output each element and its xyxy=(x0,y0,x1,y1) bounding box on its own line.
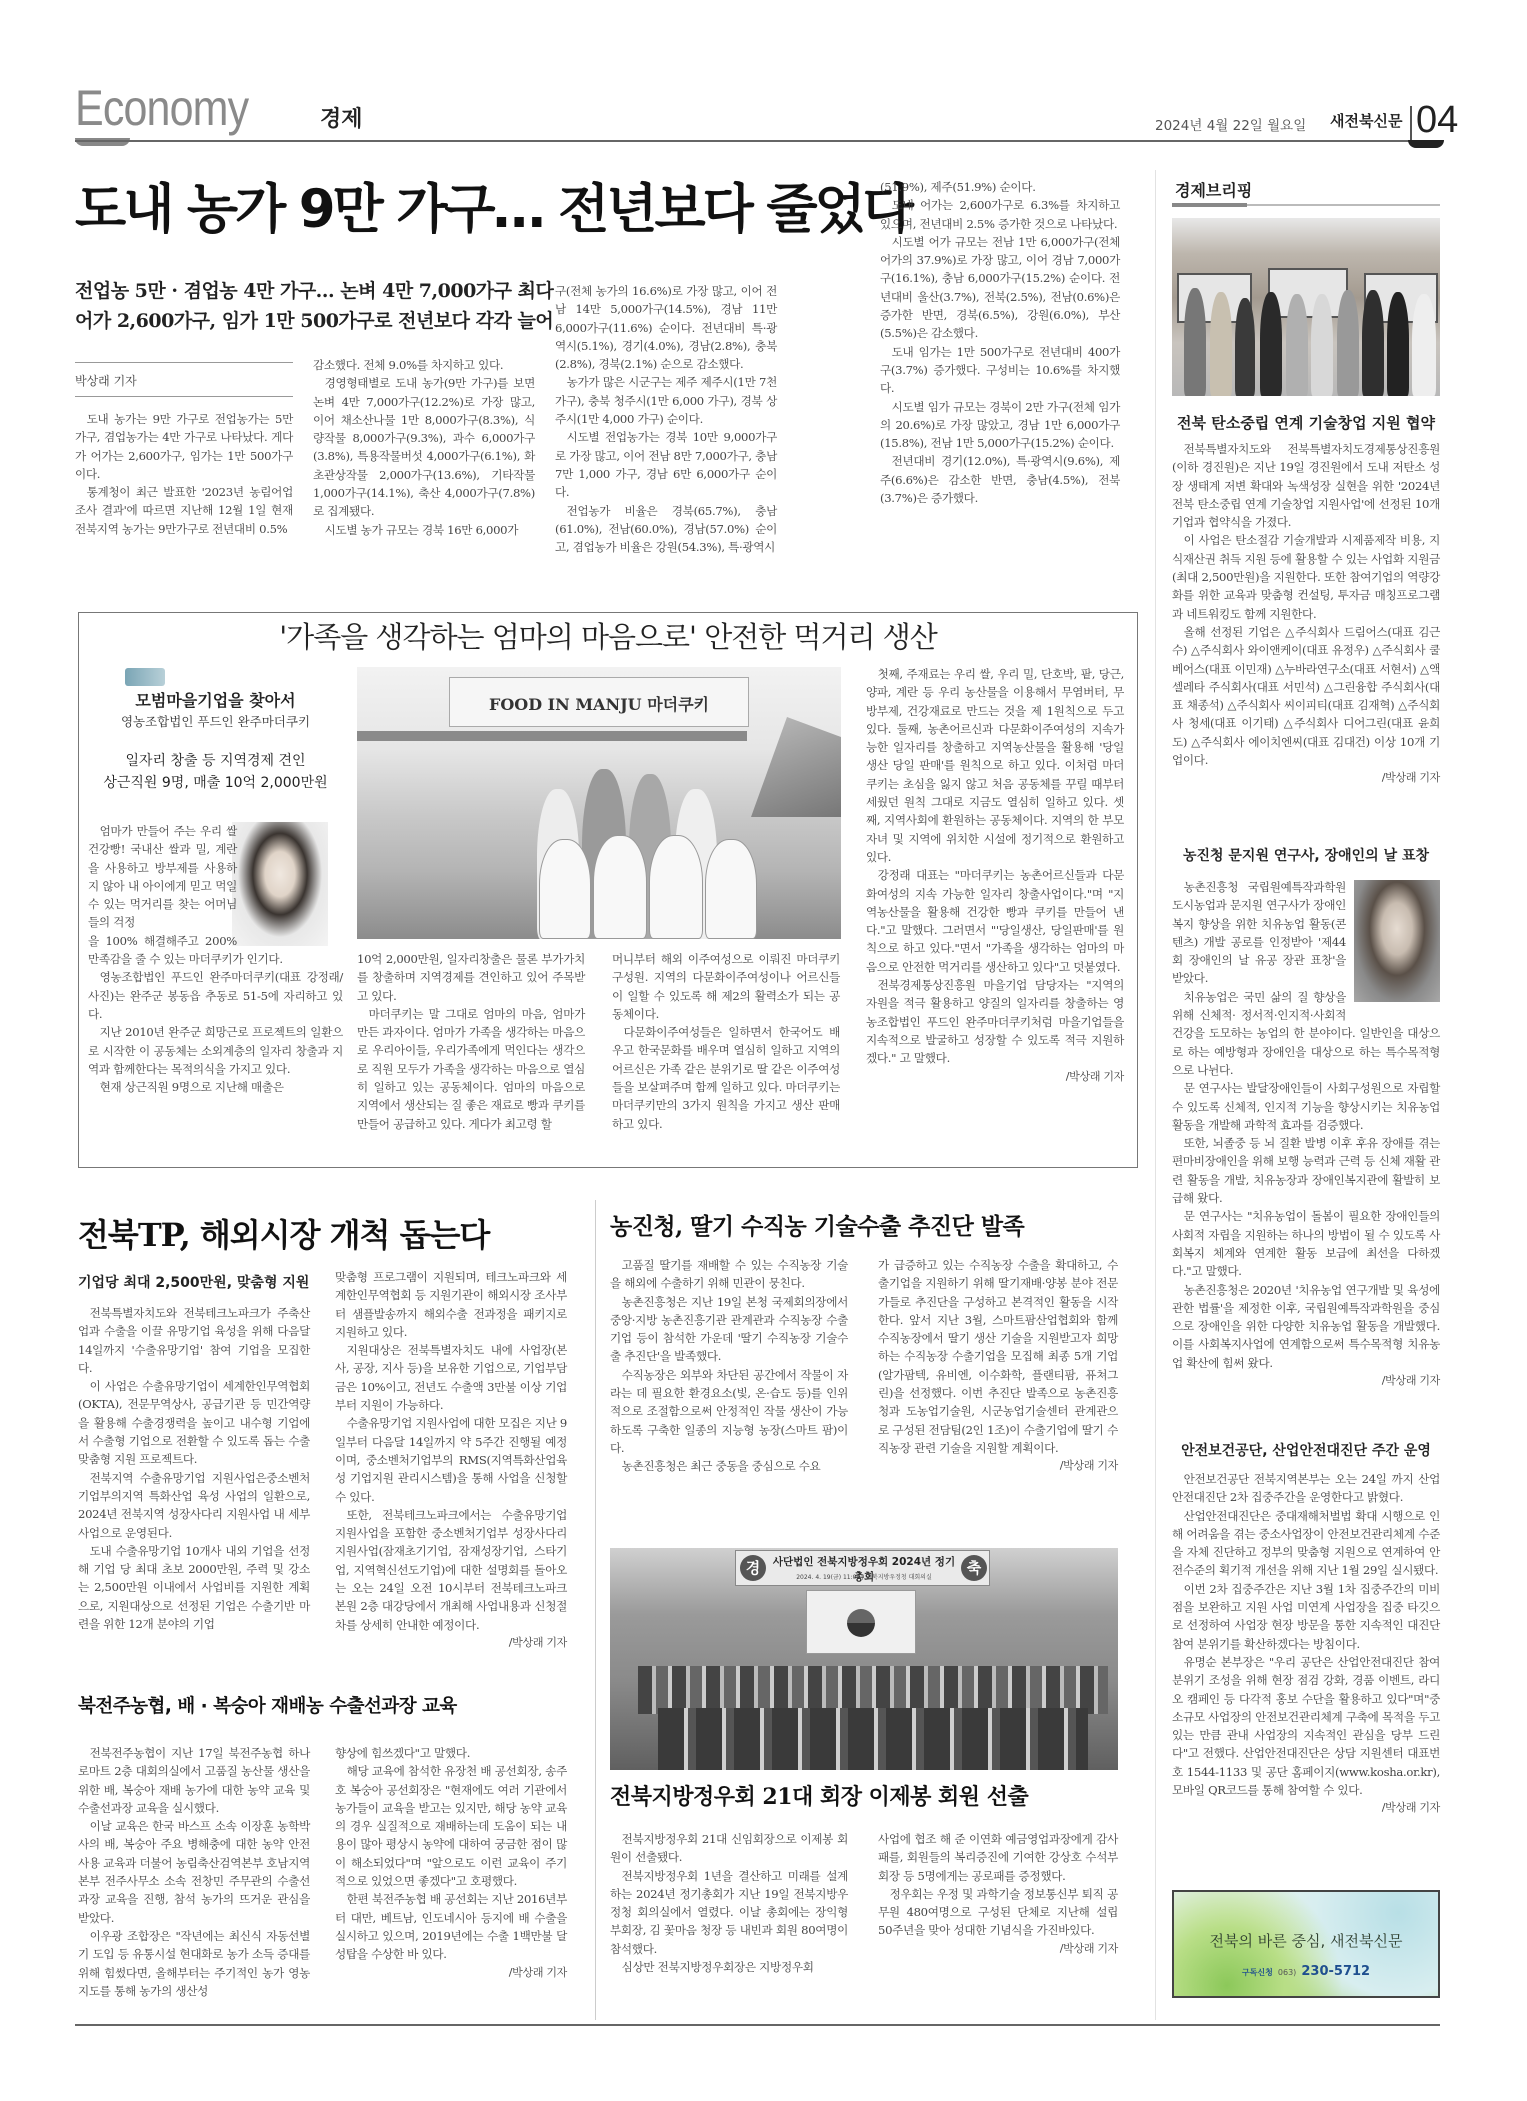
paragraph: 구(전체 농가의 16.6%)로 가장 많고, 이어 전남 14만 5,000가… xyxy=(555,282,777,373)
feature-column-2: 10억 2,000만원, 일자리창출은 물론 부가가치를 창출하며 지역경제를 … xyxy=(357,950,585,1133)
page-number: 04 xyxy=(1416,98,1458,142)
section-title-korean: 경제 xyxy=(320,102,363,133)
paragraph: 수직농장은 외부와 차단된 공간에서 작물이 자라는 데 필요한 환경요소(빛,… xyxy=(610,1366,848,1457)
pear-column-1: 전북전주농협이 지난 17일 북전주농협 하나로마트 2층 대회의실에서 고품질… xyxy=(78,1744,310,2000)
briefing-item-3-headline: 안전보건공단, 산업안전대진단 주간 운영 xyxy=(1172,1440,1440,1460)
section-title-economy: Economy xyxy=(75,78,248,138)
tp-column-2: 맞춤형 프로그램이 지원되며, 테크노파크와 세계한인무역협회 등 지원기관이 … xyxy=(335,1268,567,1652)
paragraph: 또한, 뇌졸중 등 뇌 질환 발병 이후 후유 장애를 겪는 편마비장애인을 위… xyxy=(1172,1134,1440,1207)
lead-subhead-1: 전업농 5만 · 겸업농 4만 가구… 논벼 4만 7,000가구 최다 xyxy=(75,276,553,303)
mother-cookie-staff-photo: FOOD IN MANJU 마더쿠키 xyxy=(357,667,841,939)
pear-headline: 북전주농협, 배 · 복숭아 재배농 수출선과장 교육 xyxy=(78,1692,457,1718)
briefing-title-bar xyxy=(1172,203,1247,207)
paragraph: 시도별 어가 규모는 전남 1만 6,000가구(전체 어가의 37.9%)로 … xyxy=(880,233,1120,343)
postal-headline: 전북지방정우회 21대 회장 이제봉 회원 선출 xyxy=(610,1780,1028,1811)
paragraph: 감소했다. 전체 9.0%를 차지하고 있다. xyxy=(313,356,535,374)
pear-column-2: 향상에 힘쓰겠다"고 말했다. 해당 교육에 참석한 유장천 배 공선회장, 송… xyxy=(335,1744,567,1982)
briefing-item-2-body: 농촌진흥청 국립원예특작과학원 도시농업과 문지원 연구사가 장애인 복지 향상… xyxy=(1172,878,1440,1390)
byline: /박상래 기자 xyxy=(878,1457,1118,1475)
paragraph: 영농조합법인 푸드인 완주마더쿠키(대표 강정래/사진)는 완주군 봉동읍 추동… xyxy=(88,968,343,1023)
mountain xyxy=(751,717,841,817)
feature-subhead-1: 일자리 창출 등 지역경제 견인 xyxy=(88,750,343,770)
paragraph: 도내 임가는 1만 500가구로 전년대비 400가구(3.7%) 증가했다. … xyxy=(880,343,1120,398)
briefing-item-1-headline: 전북 탄소중립 연계 기술창업 지원 협약 xyxy=(1172,412,1440,433)
paragraph: 전업농가 비율은 경북(65.7%), 충남(61.0%), 전남(60.0%)… xyxy=(555,502,777,557)
lead-column-4: (51.9%), 제주(51.9%) 순이다. 도내 어가는 2,600가구로 … xyxy=(880,178,1120,507)
ad-slogan: 전북의 바른 중심, 새전북신문 xyxy=(1174,1930,1438,1951)
tp-column-1: 전북특별자치도와 전북테크노파크가 주축산업과 수출을 이끌 유망기업 육성을 … xyxy=(78,1304,310,1633)
banner-subtitle: 2024. 4. 19(금) 11:00 / 전북지방우정청 대회의실 xyxy=(770,1572,958,1581)
paragraph: 전년대비 경기(12.0%), 특·광역시(9.6%), 제주(6.6%)은 감… xyxy=(880,452,1120,507)
strawberry-column-2: 가 급증하고 있는 수직농장 수출을 확대하고, 수출기업을 지원하기 위해 딸… xyxy=(878,1256,1118,1476)
postal-column-1: 전북지방정우회 21대 신임회장으로 이제봉 회원이 선출됐다. 전북지방정우회… xyxy=(610,1830,848,1976)
strawberry-column-1: 고품질 딸기를 재배할 수 있는 수직농장 기술을 해외에 수출하기 위해 민관… xyxy=(610,1256,848,1476)
paragraph: 전북특별자치도와 전북특별자치도경제통상진흥원(이하 경진원)은 지난 19일 … xyxy=(1172,440,1440,531)
page-number-underbar xyxy=(1408,140,1444,148)
byline: /박상래 기자 xyxy=(1172,1372,1440,1390)
paragraph: 농촌진흥청은 지난 19일 본청 국제회의장에서 중앙·지방 농촌진흥기관 관계… xyxy=(610,1293,848,1366)
storefront-sign-text: FOOD IN MANJU 마더쿠키 xyxy=(450,692,748,715)
byline: /박상래 기자 xyxy=(878,1940,1118,1958)
paragraph: 경영형태별로 도내 농가(9만 가구)를 보면 논벼 4만 7,000가구(12… xyxy=(313,374,535,520)
paragraph: 또한, 전북테크노파크에서는 수출유망기업 지원사업을 포함한 중소벤처기업부 … xyxy=(335,1506,567,1634)
ad-phone-line: 구독신청 063) 230-5712 xyxy=(1174,1960,1438,1979)
sidebar-separator xyxy=(1155,170,1156,2020)
lead-column-3: 구(전체 농가의 16.6%)로 가장 많고, 이어 전남 14만 5,000가… xyxy=(555,282,777,556)
awning xyxy=(357,731,747,741)
paragraph: 통계청이 최근 발표한 '2023년 농림어업 조사 결과'에 따르면 지난해 … xyxy=(75,483,293,538)
strawberry-headline: 농진청, 딸기 수직농 기술수출 추진단 발족 xyxy=(610,1208,1024,1241)
taegeuk-icon xyxy=(847,1609,875,1637)
byline: /박상래 기자 xyxy=(335,1634,567,1652)
ad-label: 구독신청 xyxy=(1242,1968,1273,1977)
paragraph: 산업안전대진단은 중대재해처벌법 확대 시행으로 인해 어려움을 겪는 중소사업… xyxy=(1172,1507,1440,1580)
paragraph: 이번 2차 집중주간은 지난 3월 1차 집중주간의 미비점을 보완하고 지원 … xyxy=(1172,1580,1440,1653)
portrait-float-space xyxy=(1346,878,1440,1008)
ad-area-code: 063) xyxy=(1278,1968,1296,1977)
postal-column-2: 사업에 협조 해 준 이연화 예금영업과장에게 감사패를, 회원들의 복리증진에… xyxy=(878,1830,1118,1958)
paragraph: 수출유망기업 지원사업에 대한 모집은 지난 9일부터 다음달 14일까지 약 … xyxy=(335,1414,567,1505)
korean-flag xyxy=(806,1590,916,1654)
paragraph: 마더쿠키는 말 그대로 엄마의 마음, 엄마가 만든 과자이다. 엄마가 가족을… xyxy=(357,1005,585,1133)
paragraph: 머니부터 해외 이주여성으로 이뤄진 마더쿠키 구성원. 지역의 다문화이주여성… xyxy=(612,950,840,1023)
paragraph: 도내 수출유망기업 10개사 내외 기업을 선정해 기업 당 최대 초보 200… xyxy=(78,1542,310,1633)
paragraph: 사업에 협조 해 준 이연화 예금영업과장에게 감사패를, 회원들의 복리증진에… xyxy=(878,1830,1118,1885)
subscription-ad-banner[interactable]: 전북의 바른 중심, 새전북신문 구독신청 063) 230-5712 xyxy=(1172,1890,1440,1998)
column-separator xyxy=(595,1200,596,2020)
byline-rule-top xyxy=(75,362,293,363)
paragraph: 농촌진흥청은 2020년 '치유농업 연구개발 및 육성에 관한 법률'을 제정… xyxy=(1172,1281,1440,1372)
paragraph: 이 사업은 수출유망기업이 세계한인무역협회(OKTA), 전문무역상사, 공급… xyxy=(78,1377,310,1468)
paragraph: 지원대상은 전북특별자치도 내에 사업장(본사, 공장, 지사 등)을 보유한 … xyxy=(335,1341,567,1414)
paragraph: 첫째, 주재료는 우리 쌀, 우리 밀, 단호박, 팥, 당근, 양파, 계란 … xyxy=(866,665,1124,866)
lead-column-2: 감소했다. 전체 9.0%를 차지하고 있다. 경영형태별로 도내 농가(9만 … xyxy=(313,356,535,539)
masthead-rule xyxy=(75,140,1440,142)
lead-byline: 박상래 기자 xyxy=(75,372,137,389)
paragraph: 한편 북전주농협 배 공선회는 지난 2016년부터 대만, 베트남, 인도네시… xyxy=(335,1890,567,1963)
banner-left-char: 경 xyxy=(740,1555,766,1581)
paragraph: (51.9%), 제주(51.9%) 순이다. xyxy=(880,178,1120,196)
paragraph: 도내 농가는 9만 가구로 전업농가는 5만 가구, 겸업농가는 4만 가구로 … xyxy=(75,410,293,483)
paragraph: 시도별 임가 규모는 경북이 2만 가구(전체 임가의 20.6%)로 가장 많… xyxy=(880,398,1120,453)
paragraph: 전북경제통상진흥원 마을기업 담당자는 "지역의 자원을 적극 활용하고 양질의… xyxy=(866,976,1124,1067)
byline: /박상래 기자 xyxy=(335,1964,567,1982)
company-name: 영농조합법인 푸드인 완주마더쿠키 xyxy=(88,712,343,730)
lead-headline: 도내 농가 9만 가구… 전년보다 줄었다 xyxy=(75,178,911,242)
briefing-section-title: 경제브리핑 xyxy=(1175,178,1252,201)
paragraph: 유명순 본부장은 "우리 공단은 산업안전대진단 참여 분위기 조성을 위해 현… xyxy=(1172,1653,1440,1799)
feature-column-4: 첫째, 주재료는 우리 쌀, 우리 밀, 단호박, 팥, 당근, 양파, 계란 … xyxy=(866,665,1124,1086)
postal-assembly-group-photo: 경 사단법인 전북지방정우회 2024년 정기총회 2024. 4. 19(금)… xyxy=(610,1548,1118,1770)
banner-right-char: 축 xyxy=(961,1555,987,1581)
paragraph: 전북특별자치도와 전북테크노파크가 주축산업과 수출을 이끌 유망기업 육성을 … xyxy=(78,1304,310,1377)
briefing-title-rule xyxy=(1247,204,1440,206)
paragraph: 전북지방정우회 21대 신임회장으로 이제봉 회원이 선출됐다. xyxy=(610,1830,848,1867)
paragraph: 농가가 많은 시군구는 제주 제주시(1만 7천 가구), 충북 청주시(1만 … xyxy=(555,373,777,428)
sidebar-bottom-rule xyxy=(1140,2024,1440,2026)
paragraph: 강정래 대표는 "마더쿠키는 농촌어르신들과 다문화여성의 지속 가능한 일자리… xyxy=(866,866,1124,976)
paragraph: 해당 교육에 참석한 유장천 배 공선회장, 송주호 복숭아 공선회장은 "현재… xyxy=(335,1762,567,1890)
storefront-sign: FOOD IN MANJU 마더쿠키 xyxy=(449,677,749,727)
paragraph: 문 연구사는 "치유농업이 돌봄이 필요한 장애인들의 사회적 자립을 지원하는… xyxy=(1172,1207,1440,1280)
byline-rule-bottom xyxy=(75,396,293,397)
issue-date: 2024년 4월 22일 월요일 xyxy=(1155,114,1306,134)
series-title: 모범마을기업을 찾아서 xyxy=(88,688,343,711)
byline: /박상래 기자 xyxy=(1172,1799,1440,1817)
paragraph: 고품질 딸기를 재배할 수 있는 수직농장 기술을 해외에 수출하기 위해 민관… xyxy=(610,1256,848,1293)
paragraph: 시도별 전업농가는 경북 10만 9,000가구로 가장 많고, 이어 전남 8… xyxy=(555,428,777,501)
feature-headline: '가족을 생각하는 엄마의 마음으로' 안전한 먹거리 생산 xyxy=(78,615,1138,656)
paragraph: 농촌진흥청은 최근 중동을 중심으로 수요 xyxy=(610,1457,848,1475)
paragraph: 이날 교육은 한국 바스프 소속 이장훈 농학박사의 배, 복숭아 주요 병해충… xyxy=(78,1817,310,1927)
lead-subhead-2: 어가 2,600가구, 임가 1만 500가구로 전년보다 각각 늘어 xyxy=(75,306,553,333)
paragraph: 현재 상근직원 9명으로 지난해 매출은 xyxy=(88,1078,343,1096)
paragraph: 올해 선정된 기업은 △주식회사 드림어스(대표 김근수) △주식회사 와이앤케… xyxy=(1172,623,1440,769)
briefing-photo-agreement-group xyxy=(1172,218,1440,396)
seated-row xyxy=(658,1708,1088,1770)
briefing-item-3-body: 안전보건공단 전북지역본부는 오는 24일 까지 산업안전대진단 2차 집중주간… xyxy=(1172,1470,1440,1818)
tp-headline: 전북TP, 해외시장 개척 돕는다 xyxy=(78,1210,489,1256)
standing-row xyxy=(638,1666,1108,1714)
event-banner: 경 사단법인 전북지방정우회 2024년 정기총회 2024. 4. 19(금)… xyxy=(735,1550,990,1586)
paragraph: 안전보건공단 전북지역본부는 오는 24일 까지 산업안전대진단 2차 집중주간… xyxy=(1172,1470,1440,1507)
paragraph: 10억 2,000만원, 일자리창출은 물론 부가가치를 창출하며 지역경제를 … xyxy=(357,950,585,1005)
paragraph: 이 사업은 탄소절감 기술개발과 시제품제작 비용, 지식재산권 취득 지원 등… xyxy=(1172,531,1440,622)
series-logo-magnifier-icon xyxy=(125,668,165,686)
paragraph: 전북지방정우회 1년을 결산하고 미래를 설계하는 2024년 정기총회가 지난… xyxy=(610,1867,848,1958)
feature-subhead-2: 상근직원 9명, 매출 10억 2,000만원 xyxy=(88,772,343,792)
feature-column-3: 머니부터 해외 이주여성으로 이뤄진 마더쿠키 구성원. 지역의 다문화이주여성… xyxy=(612,950,840,1133)
briefing-item-2-headline: 농진청 문지원 연구사, 장애인의 날 표창 xyxy=(1172,845,1440,865)
paragraph: 도내 어가는 2,600가구로 6.3%를 차지하고 있으며, 전년대비 2.5… xyxy=(880,196,1120,233)
paragraph: 전북지역 수출유망기업 지원사업은중소벤처기업부의지역 특화산업 육성 사업의 … xyxy=(78,1469,310,1542)
page-bottom-rule xyxy=(75,2024,1140,2026)
paragraph: 문 연구사는 발달장애인들이 사회구성원으로 자립할 수 있도록 신체적, 인지… xyxy=(1172,1079,1440,1134)
paragraph: 맞춤형 프로그램이 지원되며, 테크노파크와 세계한인무역협회 등 지원기관이 … xyxy=(335,1268,567,1341)
portrait-float-space xyxy=(237,822,343,950)
briefing-item-1-body: 전북특별자치도와 전북특별자치도경제통상진흥원(이하 경진원)은 지난 19일 … xyxy=(1172,440,1440,788)
byline: /박상래 기자 xyxy=(1172,769,1440,787)
paragraph: 지난 2010년 완주군 희망근로 프로젝트의 일환으로 시작한 이 공동체는 … xyxy=(88,1023,343,1078)
paragraph: 다문화이주여성들은 일하면서 한국어도 배우고 한국문화를 배우며 열심히 일하… xyxy=(612,1023,840,1133)
page-number-separator xyxy=(1410,106,1412,142)
lead-column-1: 도내 농가는 9만 가구로 전업농가는 5만 가구, 겸업농가는 4만 가구로 … xyxy=(75,410,293,538)
ad-phone-number: 230-5712 xyxy=(1301,1964,1370,1979)
tp-subhead: 기업당 최대 2,500만원, 맞춤형 지원 xyxy=(78,1272,309,1292)
feature-column-1: 엄마가 만들어 주는 우리 쌀 건강빵! 국내산 쌀과 밀, 계란을 사용하고 … xyxy=(88,822,343,1096)
paragraph: 전북전주농협이 지난 17일 북전주농협 하나로마트 2층 대회의실에서 고품질… xyxy=(78,1744,310,1817)
newspaper-name: 새전북신문 xyxy=(1330,110,1402,131)
paragraph: 가 급증하고 있는 수직농장 수출을 확대하고, 수출기업을 지원하기 위해 딸… xyxy=(878,1256,1118,1457)
paragraph: 이우광 조합장은 "작년에는 최신식 자동선별기 도입 등 유통시설 현대화로 … xyxy=(78,1927,310,2000)
paragraph: 정우회는 우정 및 과학기술 정보통신부 퇴직 공무원 480여명으로 구성된 … xyxy=(878,1885,1118,1940)
paragraph: 향상에 힘쓰겠다"고 말했다. xyxy=(335,1744,567,1762)
paragraph: 시도별 농가 규모는 경북 16만 6,000가 xyxy=(313,521,535,539)
byline: /박상래 기자 xyxy=(866,1068,1124,1086)
paragraph: 심상만 전북지방정우회장은 지방정우회 xyxy=(610,1958,848,1976)
